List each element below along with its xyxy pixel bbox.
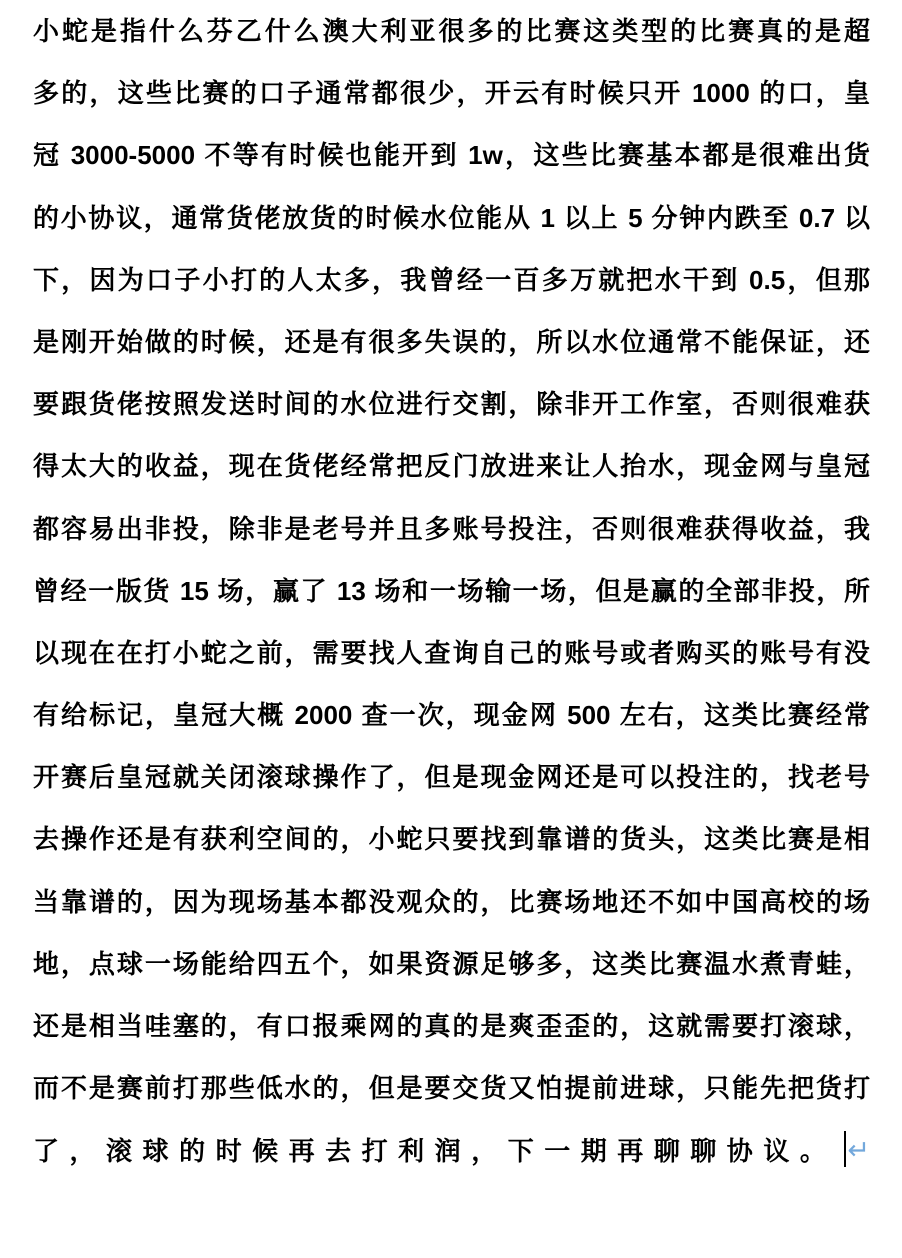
text-line[interactable]: 得太大的收益，现在货佬经常把反门放进来让人抬水，现金网与皇冠 bbox=[33, 435, 870, 497]
text-line[interactable]: 有给标记，皇冠大概 2000 查一次，现金网 500 左右，这类比赛经常 bbox=[33, 684, 870, 746]
text-line[interactable]: 了，滚球的时候再去打利润，下一期再聊聊协议。 bbox=[33, 1136, 836, 1166]
document-page: 小蛇是指什么芬乙什么澳大利亚很多的比赛这类型的比赛真的是超多的，这些比赛的口子通… bbox=[0, 0, 902, 1258]
text-line[interactable]: 是刚开始做的时候，还是有很多失误的，所以水位通常不能保证，还 bbox=[33, 311, 870, 373]
text-line[interactable]: 地，点球一场能给四五个，如果资源足够多，这类比赛温水煮青蛙， bbox=[33, 933, 870, 995]
text-line[interactable]: 要跟货佬按照发送时间的水位进行交割，除非开工作室，否则很难获 bbox=[33, 373, 870, 435]
text-line[interactable]: 多的，这些比赛的口子通常都很少，开云有时候只开 1000 的口，皇 bbox=[33, 62, 870, 124]
text-line[interactable]: 的小协议，通常货佬放货的时候水位能从 1 以上 5 分钟内跌至 0.7 以 bbox=[33, 187, 870, 249]
last-text-line[interactable]: 了，滚球的时候再去打利润，下一期再聊聊协议。↵ bbox=[33, 1119, 870, 1181]
text-line[interactable]: 小蛇是指什么芬乙什么澳大利亚很多的比赛这类型的比赛真的是超 bbox=[33, 0, 870, 62]
text-line[interactable]: 当靠谱的，因为现场基本都没观众的，比赛场地还不如中国高校的场 bbox=[33, 871, 870, 933]
text-line[interactable]: 都容易出非投，除非是老号并且多账号投注，否则很难获得收益，我 bbox=[33, 498, 870, 560]
text-line[interactable]: 还是相当哇塞的，有口报乘网的真的是爽歪歪的，这就需要打滚球， bbox=[33, 995, 870, 1057]
text-line[interactable]: 而不是赛前打那些低水的，但是要交货又怕提前进球，只能先把货打 bbox=[33, 1057, 870, 1119]
text-line[interactable]: 冠 3000-5000 不等有时候也能开到 1w，这些比赛基本都是很难出货 bbox=[33, 124, 870, 186]
document-text[interactable]: 小蛇是指什么芬乙什么澳大利亚很多的比赛这类型的比赛真的是超多的，这些比赛的口子通… bbox=[33, 0, 870, 1182]
text-line[interactable]: 开赛后皇冠就关闭滚球操作了，但是现金网还是可以投注的，找老号 bbox=[33, 746, 870, 808]
text-line[interactable]: 曾经一版货 15 场，赢了 13 场和一场输一场，但是赢的全部非投，所 bbox=[33, 560, 870, 622]
text-line[interactable]: 去操作还是有获利空间的，小蛇只要找到靠谱的货头，这类比赛是相 bbox=[33, 808, 870, 870]
text-line[interactable]: 以现在在打小蛇之前，需要找人查询自己的账号或者购买的账号有没 bbox=[33, 622, 870, 684]
text-line[interactable]: 下，因为口子小打的人太多，我曾经一百多万就把水干到 0.5，但那 bbox=[33, 249, 870, 311]
document-text-lines: 小蛇是指什么芬乙什么澳大利亚很多的比赛这类型的比赛真的是超多的，这些比赛的口子通… bbox=[33, 0, 870, 1119]
paragraph-mark-icon: ↵ bbox=[847, 1135, 870, 1165]
